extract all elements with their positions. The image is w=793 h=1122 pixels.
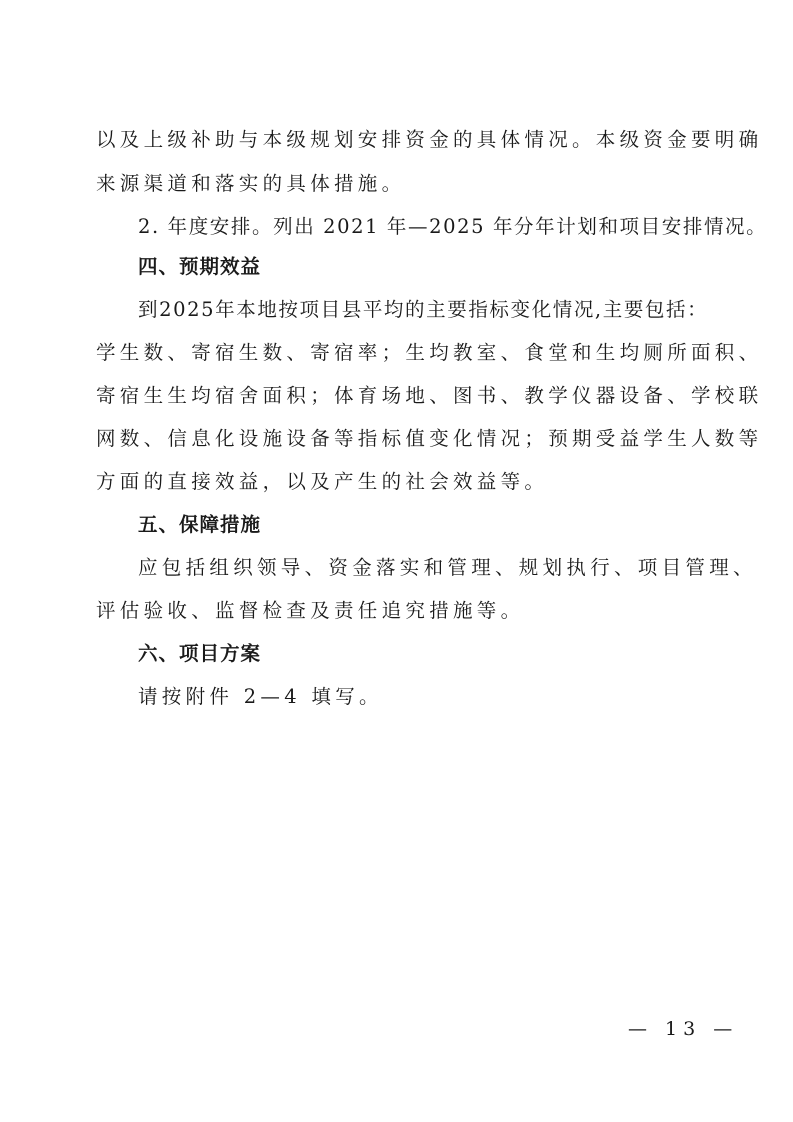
paragraph-line: 以及上级补助与本级规划安排资金的具体情况。本级资金要明确 [96, 126, 700, 154]
paragraph-line: 到2025年本地按项目县平均的主要指标变化情况,主要包括： [138, 296, 742, 324]
paragraph-line: 2. 年度安排。列出 2021 年—2025 年分年计划和项目安排情况。 [138, 213, 742, 241]
paragraph-line: 应包括组织领导、资金落实和管理、规划执行、项目管理、 [138, 554, 742, 582]
paragraph-line: 请按附件 2—4 填写。 [138, 683, 742, 711]
paragraph-line: 寄宿生生均宿舍面积；体育场地、图书、教学仪器设备、学校联 [96, 382, 700, 410]
section-heading-4: 四、预期效益 [138, 253, 742, 281]
paragraph-line: 网数、信息化设施设备等指标值变化情况；预期受益学生人数等 [96, 425, 700, 453]
section-heading-5: 五、保障措施 [138, 511, 742, 539]
page-number: — 13 — [628, 1018, 738, 1040]
paragraph-line: 方面的直接效益，以及产生的社会效益等。 [96, 468, 700, 496]
section-heading-6: 六、项目方案 [138, 640, 742, 668]
paragraph-line: 来源渠道和落实的具体措施。 [96, 170, 700, 198]
paragraph-line: 评估验收、监督检查及责任追究措施等。 [96, 597, 700, 625]
document-page: 以及上级补助与本级规划安排资金的具体情况。本级资金要明确 来源渠道和落实的具体措… [0, 0, 793, 1122]
paragraph-line: 学生数、寄宿生数、寄宿率；生均教室、食堂和生均厕所面积、 [96, 339, 700, 367]
